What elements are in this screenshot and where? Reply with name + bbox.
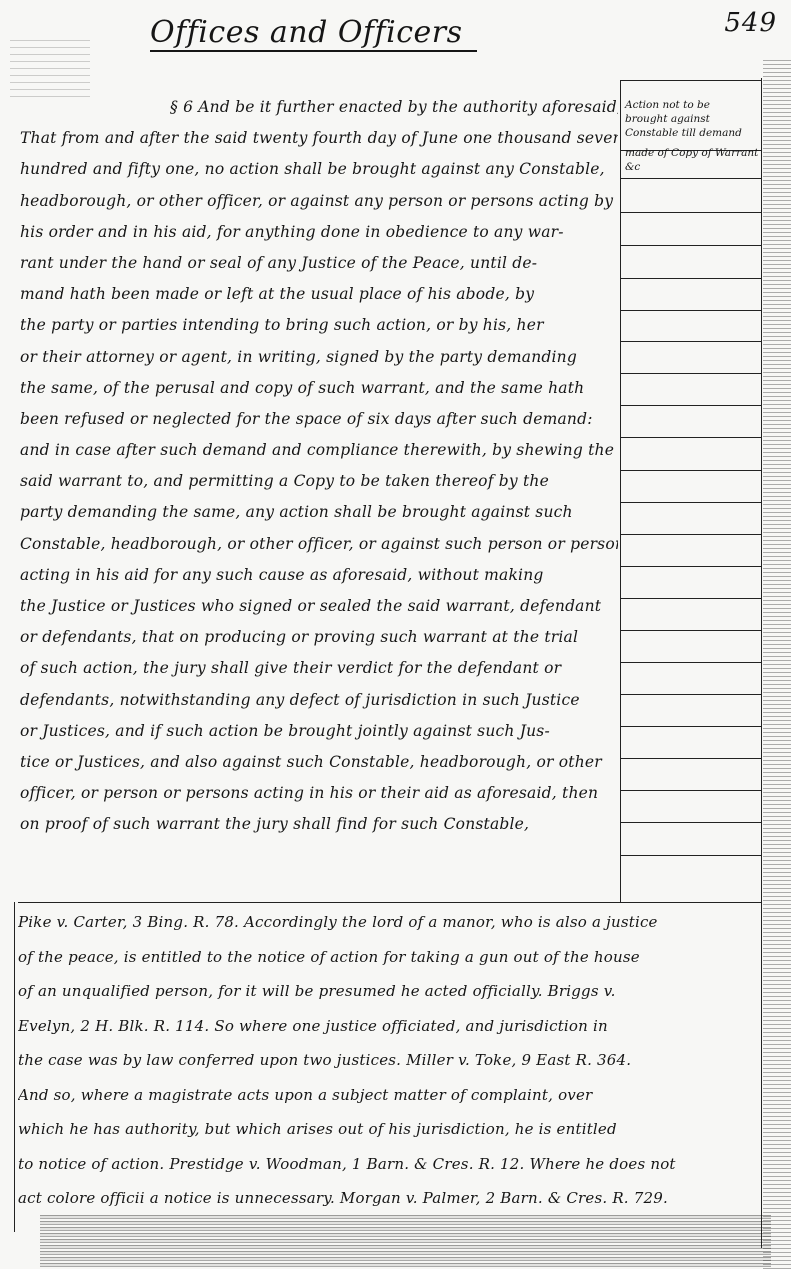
margin-note: Action not to be brought against Constab…	[625, 98, 757, 174]
faded-marginalia	[10, 40, 90, 100]
footnote-annotations: Pike v. Carter, 3 Bing. R. 78. According…	[18, 905, 758, 1216]
text-line: acting in his aid for any such cause as …	[20, 560, 618, 591]
footnote-left-rule	[14, 902, 15, 1232]
margin-cell-rule	[620, 598, 761, 599]
margin-cell-rule	[620, 212, 761, 213]
text-line: the Justice or Justices who signed or se…	[20, 591, 618, 622]
text-line: mand hath been made or left at the usual…	[20, 279, 618, 310]
text-line: of such action, the jury shall give thei…	[20, 653, 618, 684]
margin-column-right-rule	[761, 78, 762, 1248]
footnote-line: to notice of action. Prestidge v. Woodma…	[18, 1147, 758, 1182]
margin-cell-rule	[620, 310, 761, 311]
text-line: been refused or neglected for the space …	[20, 404, 618, 435]
footnote-line: act colore officii a notice is unnecessa…	[18, 1181, 758, 1216]
margin-cell-rule	[620, 758, 761, 759]
text-line: the same, of the perusal and copy of suc…	[20, 373, 618, 404]
margin-cell-rule	[620, 405, 761, 406]
top-rule	[620, 80, 762, 81]
text-line: That from and after the said twenty four…	[20, 123, 618, 154]
margin-cell-rule	[620, 502, 761, 503]
text-line: the party or parties intending to bring …	[20, 310, 618, 341]
text-line: or defendants, that on producing or prov…	[20, 622, 618, 653]
margin-cell-rule	[620, 245, 761, 246]
text-line: tice or Justices, and also against such …	[20, 747, 618, 778]
text-line: § 6 And be it further enacted by the aut…	[20, 92, 618, 123]
footnote-line: which he has authority, but which arises…	[18, 1112, 758, 1147]
scan-smudge	[40, 1215, 771, 1269]
text-line: headborough, or other officer, or agains…	[20, 186, 618, 217]
footnote-line: of an unqualified person, for it will be…	[18, 974, 758, 1009]
text-line: and in case after such demand and compli…	[20, 435, 618, 466]
margin-cell-rule	[620, 534, 761, 535]
margin-note-line: Action not to be	[625, 98, 757, 112]
text-line: officer, or person or persons acting in …	[20, 778, 618, 809]
margin-note-line: brought against	[625, 112, 757, 126]
text-line: hundred and fifty one, no action shall b…	[20, 154, 618, 185]
margin-cell-rule	[620, 278, 761, 279]
text-line: his order and in his aid, for anything d…	[20, 217, 618, 248]
footnote-line: the case was by law conferred upon two j…	[18, 1043, 758, 1078]
footnote-line: Evelyn, 2 H. Blk. R. 114. So where one j…	[18, 1009, 758, 1044]
footnote-divider	[18, 902, 762, 903]
page-number: 549	[724, 8, 777, 38]
margin-cell-rule	[620, 341, 761, 342]
margin-cell-rule	[620, 726, 761, 727]
margin-column-left-rule	[620, 80, 621, 902]
margin-cell-rule	[620, 790, 761, 791]
page-heading: Offices and Officers	[150, 16, 477, 52]
footnote-line: of the peace, is entitled to the notice …	[18, 940, 758, 975]
text-line: or Justices, and if such action be broug…	[20, 716, 618, 747]
text-line: said warrant to, and permitting a Copy t…	[20, 466, 618, 497]
text-line: on proof of such warrant the jury shall …	[20, 809, 618, 840]
margin-cell-rule	[620, 822, 761, 823]
margin-cell-rule	[620, 630, 761, 631]
margin-cell-rule	[620, 566, 761, 567]
margin-cell-rule	[620, 373, 761, 374]
footnote-line: And so, where a magistrate acts upon a s…	[18, 1078, 758, 1113]
margin-note-line: made of Copy of Warrant	[625, 146, 757, 160]
margin-cell-rule	[620, 470, 761, 471]
margin-cell-rule	[620, 855, 761, 856]
text-line: or their attorney or agent, in writing, …	[20, 342, 618, 373]
text-line: Constable, headborough, or other officer…	[20, 529, 618, 560]
page-edge-texture	[763, 60, 791, 1269]
margin-cell-rule	[620, 694, 761, 695]
margin-note-line: Constable till demand	[625, 126, 757, 140]
text-line: rant under the hand or seal of any Justi…	[20, 248, 618, 279]
footnote-line: Pike v. Carter, 3 Bing. R. 78. According…	[18, 905, 758, 940]
margin-note-line: &c	[625, 160, 757, 174]
margin-cell-rule	[620, 178, 761, 179]
text-line: party demanding the same, any action sha…	[20, 497, 618, 528]
margin-cell-rule	[620, 662, 761, 663]
text-line: defendants, notwithstanding any defect o…	[20, 685, 618, 716]
margin-cell-rule	[620, 437, 761, 438]
statute-text: § 6 And be it further enacted by the aut…	[20, 92, 618, 841]
